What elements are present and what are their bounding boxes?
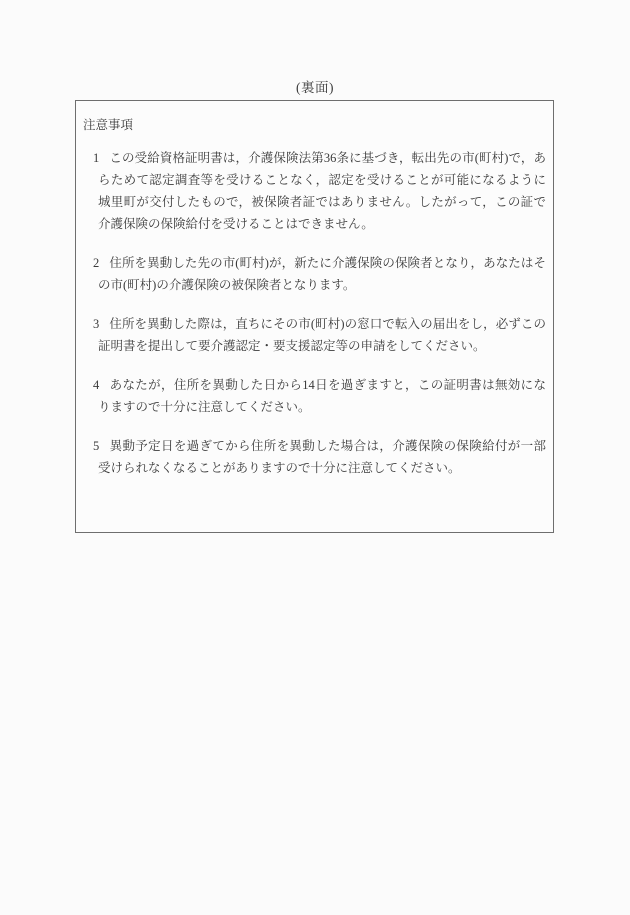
notice-item-text: あなたが，住所を異動した日から14日を過ぎますと，この証明書は無効になりますので… [98, 378, 546, 414]
notice-item-number: 5 [93, 439, 99, 453]
notice-item-4: 4あなたが，住所を異動した日から14日を過ぎますと，この証明書は無効になりますの… [83, 374, 546, 418]
notice-item-number: 1 [93, 151, 99, 165]
notice-item-text: 住所を異動した先の市(町村)が，新たに介護保険の保険者となり，あなたはその市(町… [98, 256, 546, 292]
document-page: (裏面) 注意事項 1この受給資格証明書は，介護保険法第36条に基づき，転出先の… [0, 0, 630, 915]
notice-item-number: 3 [93, 317, 99, 331]
notice-item-5: 5異動予定日を過ぎてから住所を異動した場合は，介護保険の保険給付が一部受けられな… [83, 435, 546, 479]
notice-item-number: 4 [93, 378, 99, 392]
page-side-label: (裏面) [0, 76, 630, 96]
notice-item-text: 異動予定日を過ぎてから住所を異動した場合は，介護保険の保険給付が一部受けられなく… [98, 439, 546, 475]
notice-heading: 注意事項 [83, 114, 546, 136]
notice-item-number: 2 [93, 256, 99, 270]
notice-item-2: 2住所を異動した先の市(町村)が，新たに介護保険の保険者となり，あなたはその市(… [83, 252, 546, 296]
notice-item-text: この受給資格証明書は，介護保険法第36条に基づき，転出先の市(町村)で，あらため… [98, 151, 546, 231]
notice-item-text: 住所を異動した際は，直ちにその市(町村)の窓口で転入の届出をし，必ずこの証明書を… [98, 317, 546, 353]
notice-item-3: 3住所を異動した際は，直ちにその市(町村)の窓口で転入の届出をし，必ずこの証明書… [83, 313, 546, 357]
notice-item-1: 1この受給資格証明書は，介護保険法第36条に基づき，転出先の市(町村)で，あらた… [83, 147, 546, 235]
notice-box: 注意事項 1この受給資格証明書は，介護保険法第36条に基づき，転出先の市(町村)… [75, 100, 554, 533]
notice-item-list: 1この受給資格証明書は，介護保険法第36条に基づき，転出先の市(町村)で，あらた… [83, 147, 546, 479]
